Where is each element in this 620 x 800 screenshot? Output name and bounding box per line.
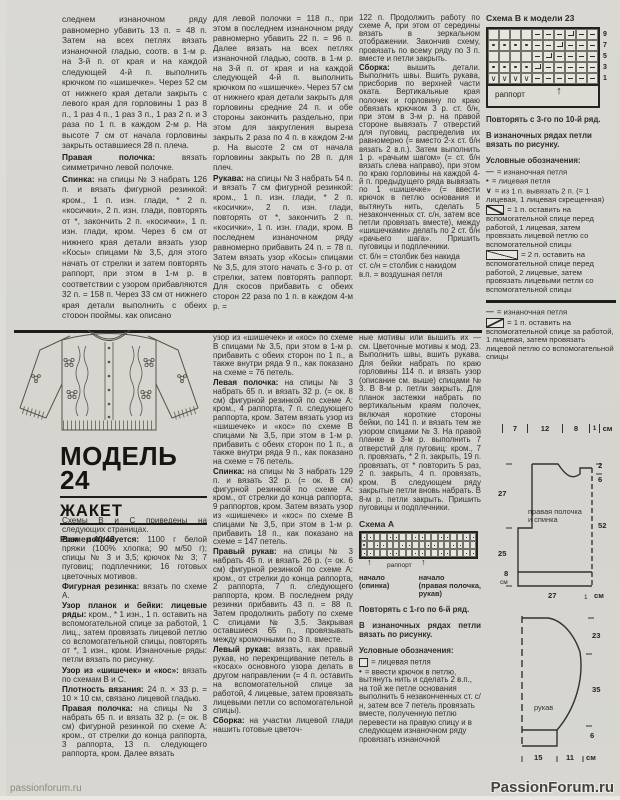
chart-cell bbox=[488, 40, 499, 51]
schema-a-chart: 531 bbox=[359, 531, 478, 559]
chart-cell bbox=[510, 73, 521, 84]
paragraph: Правая полочка: на спицы № 3 набрать 65 … bbox=[62, 704, 207, 759]
chart-row: 7 bbox=[488, 40, 598, 51]
dash-symbol-icon bbox=[486, 168, 494, 177]
paragraph: ст. б/н = столбик без накида bbox=[359, 253, 480, 261]
schema-b-repeat-note: Повторять с 3-го по 10-й ряд. bbox=[486, 115, 616, 124]
dim: 6 bbox=[590, 732, 594, 740]
legend-title: Условные обозначения: bbox=[486, 157, 616, 166]
schema-a-legend: = лицевая петля = ввести крючок в петлю,… bbox=[359, 658, 481, 745]
schema-b-title: Схема В к модели 23 bbox=[486, 14, 616, 23]
chart-cell bbox=[532, 51, 543, 62]
dim: 25 bbox=[498, 550, 506, 558]
model23-column-3: 122 п. Продолжить работу по схеме А, при… bbox=[359, 14, 480, 324]
sweater-illustration bbox=[10, 320, 208, 442]
chart-cell bbox=[510, 40, 521, 51]
chart-cell bbox=[521, 29, 532, 40]
chart-cell bbox=[543, 40, 554, 51]
paragraph: следнем изнаночном ряду равномерно убави… bbox=[62, 14, 207, 151]
dim: 1 bbox=[584, 594, 588, 602]
model24-column-1: Схемы В и С приведены на следующих стран… bbox=[62, 516, 207, 798]
chart-cell bbox=[532, 40, 543, 51]
legend-title: Условные обозначения: bbox=[359, 647, 481, 656]
model24-column-3: ные мотивы или вышить их — см. Цветочные… bbox=[359, 334, 481, 798]
chart-row: 5 bbox=[361, 533, 476, 541]
second-legend: = изнаночная петля = 1 п. оставить на вс… bbox=[486, 308, 616, 362]
chart-cell bbox=[565, 40, 576, 51]
chart-cell bbox=[554, 29, 565, 40]
piece-label: рукав bbox=[534, 704, 553, 712]
chart-cell bbox=[543, 29, 554, 40]
paragraph: в.п. = воздушная петля bbox=[359, 271, 480, 279]
chart-cell bbox=[565, 73, 576, 84]
dim: 6 bbox=[598, 476, 602, 484]
legend-entry: = 1 п. оставить на вспомогательной спице… bbox=[486, 205, 616, 249]
paragraph: 122 п. Продолжить работу по схеме А, при… bbox=[359, 14, 480, 63]
dim: 15 bbox=[534, 754, 542, 762]
schema-a-start-labels: начало (спинка) начало (правая полочка, … bbox=[359, 574, 481, 599]
paragraph: ст. с/н = столбик с накидом bbox=[359, 262, 480, 270]
chart-cell bbox=[488, 29, 499, 40]
paragraph: Рукава: на спицы № 3 набрать 54 п. и вяз… bbox=[213, 174, 353, 313]
chart-cell bbox=[488, 51, 499, 62]
paragraph: Узор планок и бейки: лицевые ряды: кром.… bbox=[62, 601, 207, 665]
chart-cell bbox=[510, 51, 521, 62]
dim: 27 bbox=[498, 490, 506, 498]
chart-cell bbox=[587, 40, 598, 51]
dim: 35 bbox=[592, 686, 600, 694]
model24-column-3-text: ные мотивы или вышить их — см. Цветочные… bbox=[359, 334, 481, 513]
schema-b-wrongside-note: В изнаночных рядах петли вязать по рисун… bbox=[486, 131, 616, 149]
chart-cell bbox=[576, 29, 587, 40]
chart-cell bbox=[510, 29, 521, 40]
rapport-arrow-icon: ↑ bbox=[367, 558, 372, 567]
sidebar-divider bbox=[486, 300, 616, 303]
chart-cell bbox=[521, 51, 532, 62]
model23-column-2: для левой полочки = 118 п., при этом в п… bbox=[213, 14, 353, 318]
start-back-label: начало (спинка) bbox=[359, 574, 389, 599]
dot-symbol-icon bbox=[486, 177, 489, 186]
chart-row: 9 bbox=[488, 29, 598, 40]
chart-cell bbox=[576, 40, 587, 51]
chart-cell bbox=[576, 51, 587, 62]
piece-label: правая полочка и спинка bbox=[528, 508, 584, 524]
chart-cell bbox=[554, 40, 565, 51]
schema-b-sidebar: Схема В к модели 23 97531 раппорт ↑ Повт… bbox=[486, 14, 616, 422]
schema-a-title: Схема А bbox=[359, 520, 481, 529]
paragraph: Правый рукав: на спицы № 3 набрать 45 п.… bbox=[213, 548, 353, 645]
start-front-label: начало (правая полочка, рукав) bbox=[419, 574, 481, 599]
chart-cell bbox=[532, 62, 543, 73]
rapport-arrow-icon: ↑ bbox=[421, 558, 426, 567]
model24-title: МОДЕЛЬ 24 bbox=[60, 444, 207, 492]
paragraph: Узор из «шишечек» и «кос»: вязать по схе… bbox=[62, 666, 207, 684]
dim-unit: см bbox=[594, 592, 604, 600]
dim: 27 bbox=[548, 592, 556, 600]
paragraph: Правая полочка: вязать симметрично левой… bbox=[62, 152, 207, 173]
model24-column-2: узор из «шишечек» и «кос» по схеме В спи… bbox=[213, 334, 353, 796]
chart-cell bbox=[554, 51, 565, 62]
chart-cell bbox=[554, 62, 565, 73]
paragraph: Вам потребуется: 1100 г белой пряжи (100… bbox=[62, 535, 207, 580]
chart-row: 1 bbox=[488, 73, 598, 84]
chart-cell bbox=[470, 549, 476, 557]
chart-row-number: 7 bbox=[603, 40, 607, 51]
schema-a-repeat-note: Повторять с 1-го по 6-й ряд. bbox=[359, 605, 481, 614]
schema-b-rapport: раппорт ↑ bbox=[486, 86, 600, 108]
chart-cell bbox=[565, 29, 576, 40]
paragraph: Фигурная резинка: вязать по схеме А. bbox=[62, 582, 207, 600]
chart-cell bbox=[587, 62, 598, 73]
chart-cell bbox=[488, 73, 499, 84]
paragraph: Сборка: на участки лицевой глади нашить … bbox=[213, 717, 353, 735]
chart-cell bbox=[543, 51, 554, 62]
dot-symbol-icon bbox=[359, 668, 362, 677]
chart-row-number: 3 bbox=[603, 62, 607, 73]
chart-cell bbox=[565, 51, 576, 62]
vee-symbol-icon bbox=[486, 187, 492, 196]
chart-row: 3 bbox=[361, 541, 476, 549]
rapport-arrow-icon: ↑ bbox=[556, 87, 562, 96]
chart-cell bbox=[521, 62, 532, 73]
paragraph: Сборка: вышить детали. Выполнить швы. Вш… bbox=[359, 64, 480, 252]
schematic-body-piece: 7 12 8 1 см 2 6 52 27 25 8 см 27 1 см bbox=[486, 424, 620, 608]
chart-row-number: 5 bbox=[603, 51, 607, 62]
chart-row: 3 bbox=[488, 62, 598, 73]
chart-row-number: 9 bbox=[603, 29, 607, 40]
chart-row-number: 1 bbox=[603, 73, 607, 84]
chart-cell bbox=[532, 29, 543, 40]
chart-cell bbox=[521, 40, 532, 51]
cable1-symbol-icon bbox=[486, 205, 504, 215]
chart-cell bbox=[470, 533, 476, 541]
legend-entry: = 2 п. оставить на вспомогательной спице… bbox=[486, 250, 616, 294]
watermark-big: PassionForum.ru bbox=[491, 779, 614, 796]
chart-cell bbox=[499, 51, 510, 62]
paragraph: Спинка: на спицы № 3 набрать 129 п. и вя… bbox=[213, 468, 353, 547]
paragraph: узор из «шишечек» и «кос» по схеме В спи… bbox=[213, 334, 353, 378]
chart-cell bbox=[499, 29, 510, 40]
paragraph: Левая полочка: на спицы № 3 набрать 65 п… bbox=[213, 379, 353, 467]
chart-cell bbox=[576, 73, 587, 84]
chart-cell bbox=[576, 62, 587, 73]
dim: 52 bbox=[598, 522, 606, 530]
chart-cell bbox=[587, 29, 598, 40]
chart-cell bbox=[499, 62, 510, 73]
paragraph: для левой полочки = 118 п., при этом в п… bbox=[213, 14, 353, 173]
magazine-page: следнем изнаночном ряду равномерно убави… bbox=[0, 0, 620, 800]
chart-row: 5 bbox=[488, 51, 598, 62]
dim: 11 bbox=[566, 754, 574, 762]
paragraph: Плотность вязания: 24 п. × 33 р. = 10 × … bbox=[62, 685, 207, 703]
chart-cell bbox=[470, 541, 476, 549]
chart-cell bbox=[554, 73, 565, 84]
chart-cell bbox=[543, 62, 554, 73]
schema-b-legend: = изнаночная петля = лицевая петля = из … bbox=[486, 168, 616, 295]
legend-entry: = ввести крючок в петлю, вытянуть нить и… bbox=[359, 668, 481, 745]
schema-b-chart: 97531 bbox=[486, 27, 600, 86]
legend-entry: = 1 п. оставить на вспомогательной спице… bbox=[486, 318, 616, 362]
legend-entry: = изнаночная петля bbox=[486, 308, 616, 317]
rapport-label: раппорт bbox=[387, 562, 412, 571]
dash-symbol-icon bbox=[486, 308, 494, 317]
paragraph: Левый рукав: вязать, как правый рукав, н… bbox=[213, 646, 353, 716]
page-left-edge bbox=[0, 0, 6, 800]
legend-entry: = из 1 п. вывязать 2 п. (= 1 лицевая, 1 … bbox=[486, 187, 616, 204]
watermark-small: passionforum.ru bbox=[10, 783, 82, 794]
cable1b-symbol-icon bbox=[486, 318, 504, 328]
legend-entry: = лицевая петля bbox=[359, 658, 481, 667]
box-symbol-icon bbox=[359, 658, 368, 667]
dim: 2 bbox=[598, 462, 602, 470]
chart-cell bbox=[532, 73, 543, 84]
chart-cell bbox=[510, 62, 521, 73]
chart-row: 1 bbox=[361, 549, 476, 557]
dim: 8 bbox=[504, 570, 508, 578]
chart-cell bbox=[488, 62, 499, 73]
paragraph: Схемы В и С приведены на следующих стран… bbox=[62, 516, 207, 534]
heading-rule bbox=[60, 496, 207, 498]
schema-a-wrongside-note: В изнаночных рядах петли вязать по рисун… bbox=[359, 621, 481, 639]
model23-column-1: следнем изнаночном ряду равномерно убави… bbox=[62, 14, 207, 318]
legend-entry: = лицевая петля bbox=[486, 177, 616, 186]
dim-unit: см bbox=[586, 754, 596, 762]
cable2-symbol-icon bbox=[486, 250, 518, 260]
chart-cell bbox=[499, 73, 510, 84]
legend-entry: = изнаночная петля bbox=[486, 168, 616, 177]
dim-unit: см bbox=[500, 579, 508, 587]
dim: 23 bbox=[592, 632, 600, 640]
chart-cell bbox=[499, 40, 510, 51]
rapport-label: раппорт bbox=[495, 91, 525, 100]
paragraph: ные мотивы или вышить их — см. Цветочные… bbox=[359, 334, 481, 513]
chart-cell bbox=[587, 51, 598, 62]
chart-cell bbox=[587, 73, 598, 84]
chart-cell bbox=[521, 73, 532, 84]
schema-a-rapport: ↑ ↑ раппорт bbox=[359, 560, 476, 572]
paragraph: Спинка: на спицы № 3 набрать 126 п. и вя… bbox=[62, 174, 207, 319]
schematic-sleeve: 23 35 6 15 11 см рукав bbox=[486, 610, 620, 772]
page-bottom-edge bbox=[0, 796, 620, 800]
chart-cell bbox=[565, 62, 576, 73]
chart-cell bbox=[543, 73, 554, 84]
